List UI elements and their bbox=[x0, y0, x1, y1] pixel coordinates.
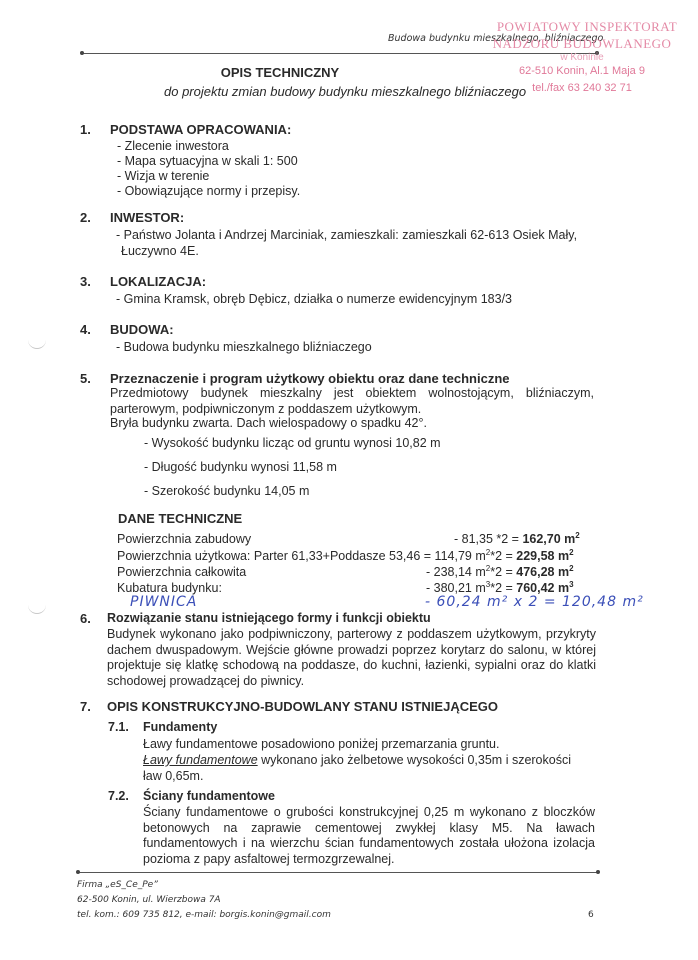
section-5-heading: Przeznaczenie i program użytkowy obiektu… bbox=[110, 371, 510, 386]
list-item: - Obowiązujące normy i przepisy. bbox=[117, 184, 300, 198]
subsection-7-2-heading: Ściany fundamentowe bbox=[143, 789, 275, 803]
subsection-7-2-paragraph: Ściany fundamentowe o grubości konstrukc… bbox=[143, 805, 595, 867]
list-item: - Długość budynku wynosi 11,58 m bbox=[144, 460, 337, 474]
page-subtitle: do projektu zmian budowy budynku mieszka… bbox=[164, 84, 526, 99]
list-item: - Szerokość budynku 14,05 m bbox=[144, 484, 309, 498]
investor-line-1: - Państwo Jolanta i Andrzej Marciniak, z… bbox=[116, 228, 577, 242]
section-4-heading: BUDOWA: bbox=[110, 322, 174, 337]
tech-row-label: Kubatura budynku: bbox=[117, 581, 222, 595]
footer-address: 62-500 Konin, ul. Wierzbowa 7A bbox=[77, 895, 221, 905]
punch-hole-mark bbox=[28, 605, 46, 614]
page-title: OPIS TECHNICZNY bbox=[0, 65, 560, 80]
section-3-number: 3. bbox=[80, 274, 91, 289]
list-item: - Wysokość budynku licząc od gruntu wyno… bbox=[144, 436, 441, 450]
list-item: - Mapa sytuacyjna w skali 1: 500 bbox=[117, 154, 298, 168]
section-4-number: 4. bbox=[80, 322, 91, 337]
section-6-paragraph: Budynek wykonano jako podpiwniczony, par… bbox=[107, 627, 596, 689]
subsection-7-1-line-1: Ławy fundamentowe posadowiono poniżej pr… bbox=[143, 737, 499, 751]
tech-row: Powierzchnia użytkowa: Parter 61,33+Podd… bbox=[117, 549, 574, 563]
section-1-heading: PODSTAWA OPRACOWANIA: bbox=[110, 122, 291, 137]
footer-contact: tel. kom.: 609 735 812, e-mail: borgis.k… bbox=[77, 910, 331, 920]
handwritten-basement-value: - 60,24 m² x 2 = 120,48 m² bbox=[425, 594, 644, 610]
tech-row-value: - 238,14 m2*2 = 476,28 m2 bbox=[426, 565, 574, 579]
section-5-paragraph-2: Bryła budynku zwarta. Dach wielospadowy … bbox=[110, 416, 427, 430]
tech-row-value: - 380,21 m3*2 = 760,42 m3 bbox=[426, 581, 574, 595]
subsection-7-2-number: 7.2. bbox=[108, 789, 129, 803]
list-item: - Wizja w terenie bbox=[117, 169, 209, 183]
section-6-number: 6. bbox=[80, 611, 91, 626]
section-5-number: 5. bbox=[80, 371, 91, 386]
construction-line: - Budowa budynku mieszkalnego bliźniacze… bbox=[116, 340, 372, 354]
section-7-number: 7. bbox=[80, 699, 91, 714]
section-5-paragraph: Przedmiotowy budynek mieszkalny jest obi… bbox=[110, 386, 594, 417]
location-line: - Gmina Kramsk, obręb Dębicz, działka o … bbox=[116, 292, 512, 306]
section-2-heading: INWESTOR: bbox=[110, 210, 184, 225]
stamp-line-2: NADZORU BUDOWLANEGO bbox=[487, 36, 677, 52]
footer-rule bbox=[78, 872, 598, 873]
tech-row-label: Powierzchnia całkowita bbox=[117, 565, 246, 579]
footer-company: Firma „eS_Ce_Pe” bbox=[77, 880, 158, 890]
subsection-7-1-number: 7.1. bbox=[108, 720, 129, 734]
tech-data-heading: DANE TECHNICZNE bbox=[118, 511, 242, 526]
tech-row-label: Powierzchnia zabudowy bbox=[117, 532, 251, 546]
section-1-number: 1. bbox=[80, 122, 91, 137]
section-7-heading: OPIS KONSTRUKCYJNO-BUDOWLANY STANU ISTNI… bbox=[107, 699, 498, 714]
tech-row-value: - 81,35 *2 = 162,70 m2 bbox=[454, 532, 580, 546]
page-number: 6 bbox=[588, 910, 594, 920]
section-2-number: 2. bbox=[80, 210, 91, 225]
header-rule-dot-left bbox=[80, 51, 84, 55]
footer-rule-dot-right bbox=[596, 870, 600, 874]
stamp-line-1: POWIATOWY INSPEKTORAT bbox=[487, 19, 687, 35]
list-item: - Zlecenie inwestora bbox=[117, 139, 229, 153]
investor-line-2: Łuczywno 4E. bbox=[121, 244, 199, 258]
punch-hole-mark bbox=[28, 340, 46, 349]
section-6-heading: Rozwiązanie stanu istniejącego formy i f… bbox=[107, 611, 431, 625]
section-3-heading: LOKALIZACJA: bbox=[110, 274, 206, 289]
stamp-line-3: w Koninie bbox=[487, 52, 677, 63]
subsection-7-1-heading: Fundamenty bbox=[143, 720, 217, 734]
handwritten-basement-label: PIWNICA bbox=[130, 594, 197, 610]
footer-rule-dot-left bbox=[76, 870, 80, 874]
subsection-7-1-line-2: Ławy fundamentowe wykonano jako żelbetow… bbox=[143, 753, 593, 784]
